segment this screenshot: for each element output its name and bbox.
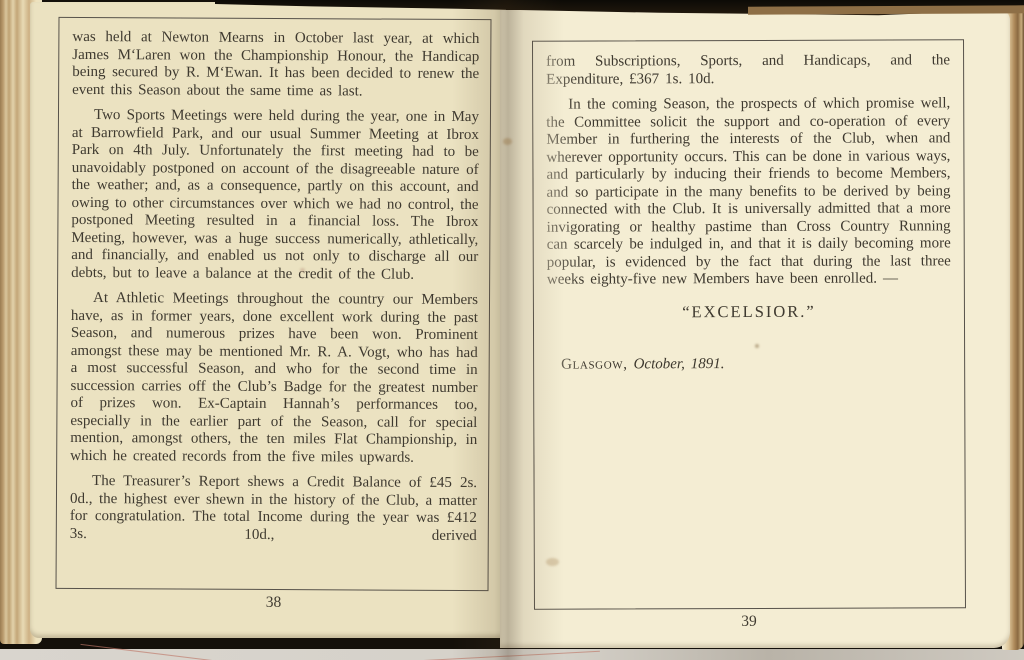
book-top-edge-brown (748, 5, 1024, 14)
dateline-place: Glasgow, (561, 356, 627, 372)
paragraph: In the coming Season, the prospects of w… (546, 95, 951, 289)
book-scan: was held at Newton Mearns in October las… (0, 0, 1024, 660)
right-page: from Subscriptions, Sports, and Handicap… (500, 10, 1010, 648)
left-page: was held at Newton Mearns in October las… (30, 2, 506, 638)
page-number-right: 39 (533, 613, 965, 631)
stain-mark (300, 268, 305, 272)
paragraph: The Treasurer’s Report shews a Credit Ba… (70, 473, 477, 545)
right-page-rule-frame: from Subscriptions, Sports, and Handicap… (532, 39, 966, 610)
right-page-text: from Subscriptions, Sports, and Handicap… (546, 52, 951, 374)
signature-excelsior: “EXCELSIOR.” (547, 302, 951, 321)
paragraph: At Athletic Meetings throughout the coun… (70, 290, 478, 467)
page-number-left: 38 (57, 594, 490, 612)
dateline-date: October, 1891. (634, 356, 725, 372)
paragraph: from Subscriptions, Sports, and Handicap… (546, 52, 950, 88)
stain-mark (546, 558, 559, 566)
left-page-rule-frame: was held at Newton Mearns in October las… (56, 17, 492, 591)
stain-mark (755, 344, 759, 348)
paragraph: Two Sports Meetings were held during the… (71, 107, 479, 284)
left-page-text: was held at Newton Mearns in October las… (70, 29, 480, 545)
paragraph: was held at Newton Mearns in October las… (72, 29, 479, 101)
stain-mark (503, 138, 512, 145)
dateline: Glasgow,October, 1891. (561, 355, 951, 374)
